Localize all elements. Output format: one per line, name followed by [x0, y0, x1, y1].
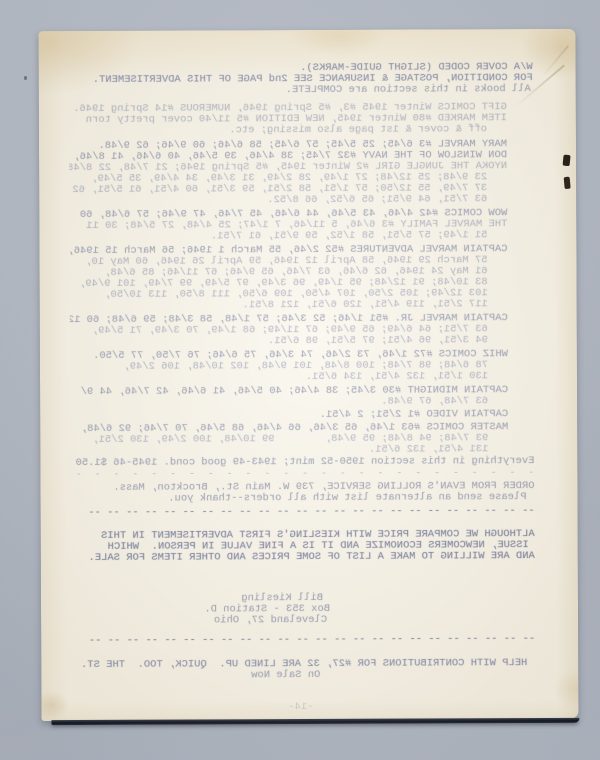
text-line: All books in this section are COMPLETE. — [69, 84, 533, 97]
scanner-background: W/A COVER CODED (SLIGHT GUIDE-MARKS).FOR… — [0, 0, 600, 760]
paragraph: ALTHOUGH WE COMPARE PRICE WITH KIESLING'… — [71, 529, 535, 564]
text-line: 63 7/48, 67 9/48. — [70, 396, 534, 409]
paragraph: WOW COMICS #42 4/46, 43 5/46, 44 6/46, 4… — [69, 208, 533, 243]
paper-page-back: W/A COVER CODED (SLIGHT GUIDE-MARKS).FOR… — [38, 29, 578, 721]
dust-speck — [24, 76, 27, 80]
text-line: 94 3/51, 96 4/51; 97 5/51, 98 6/51. — [70, 335, 534, 348]
paragraph: MASTER COMICS #63 1/46, 65 3/46, 66 4/46… — [70, 422, 534, 457]
paragraph: WHIZ COMICS #72 1/46, 73 2/46, 74 3/46, … — [70, 349, 534, 384]
paragraph: GIFT COMICS Winter 1945 #3, #5 Spring 19… — [69, 102, 533, 137]
paragraph: CAPTAIN MARVEL ADVENTURES #52 2/46, 55 M… — [69, 244, 533, 312]
dashed-separator-line: -- -- -- -- -- -- -- -- -- -- -- -- -- -… — [71, 634, 535, 647]
paragraph: -- -- -- -- -- -- -- -- -- -- -- -- -- -… — [71, 634, 535, 647]
text-line: On Sale Now — [71, 669, 535, 682]
text-line: 130 1/51, 132 4/51, 134 6/51. — [70, 371, 534, 384]
dashed-separator-line: -- -- -- -- -- -- -- -- -- -- -- -- -- -… — [71, 506, 535, 519]
text-line: 51 1/49; 57 5/51, 58 1/52, 59 9/51, 61 7… — [69, 230, 533, 243]
paper-bottom-edge-shadow — [52, 718, 580, 725]
edge-ink-mark — [563, 155, 571, 167]
paragraph: -14- — [71, 701, 535, 714]
page-number-mark: -14- — [71, 701, 535, 714]
edge-ink-mark — [564, 177, 571, 189]
paragraph: CAPTAIN MARVEL JR. #51 1/46; 52 3/46; 57… — [70, 313, 534, 348]
paragraph: -- -- -- -- -- -- -- -- -- -- -- -- -- -… — [71, 506, 535, 519]
paragraph: W/A COVER CODED (SLIGHT GUIDE-MARKS).FOR… — [69, 62, 533, 97]
bleedthrough-text: W/A COVER CODED (SLIGHT GUIDE-MARKS).FOR… — [69, 62, 536, 714]
paragraph: MARY MARVEL #3 6/45; 25 5/45; 57 6/45; 5… — [69, 139, 533, 207]
text-line: Cleveland 27, Ohio — [71, 614, 535, 627]
dashed-separator-line: - - - - - - - - - - - - - - - - - - - - … — [70, 468, 534, 481]
text-line: AND ARE WILLING TO MAKE A LIST OF SOME P… — [71, 551, 535, 564]
paragraph: - - - - - - - - - - - - - - - - - - - - … — [70, 468, 534, 481]
paragraph: ORDER FROM EVAN'S ROLLING SERVICE, 739 W… — [70, 481, 534, 505]
paragraph: CAPTAIN MIDNIGHT #30 3/45; 38 4/46; 40 5… — [70, 385, 534, 409]
text-line: 117 2/51, 119 4/51, 120 6/51, 121 8/51. — [70, 299, 534, 312]
text-line: CAPTAIN VIDEO #1 2/51; 2 4/51. — [70, 409, 534, 422]
paragraph: Bill KieslingBox 353 - Station D.Clevela… — [71, 592, 535, 627]
paragraph: CAPTAIN VIDEO #1 2/51; 2 4/51. — [70, 409, 534, 422]
text-line: off & cover & 1st page also missing; etc… — [69, 124, 533, 137]
paragraph: HELP WITH CONTRIBUTIONS FOR #27, 32 ARE … — [71, 658, 535, 682]
text-line: Please send an alternate list with all o… — [71, 492, 535, 505]
text-line: 63 7/51, 64 9/51; 65 6/52, 66 8/52. — [69, 194, 533, 207]
